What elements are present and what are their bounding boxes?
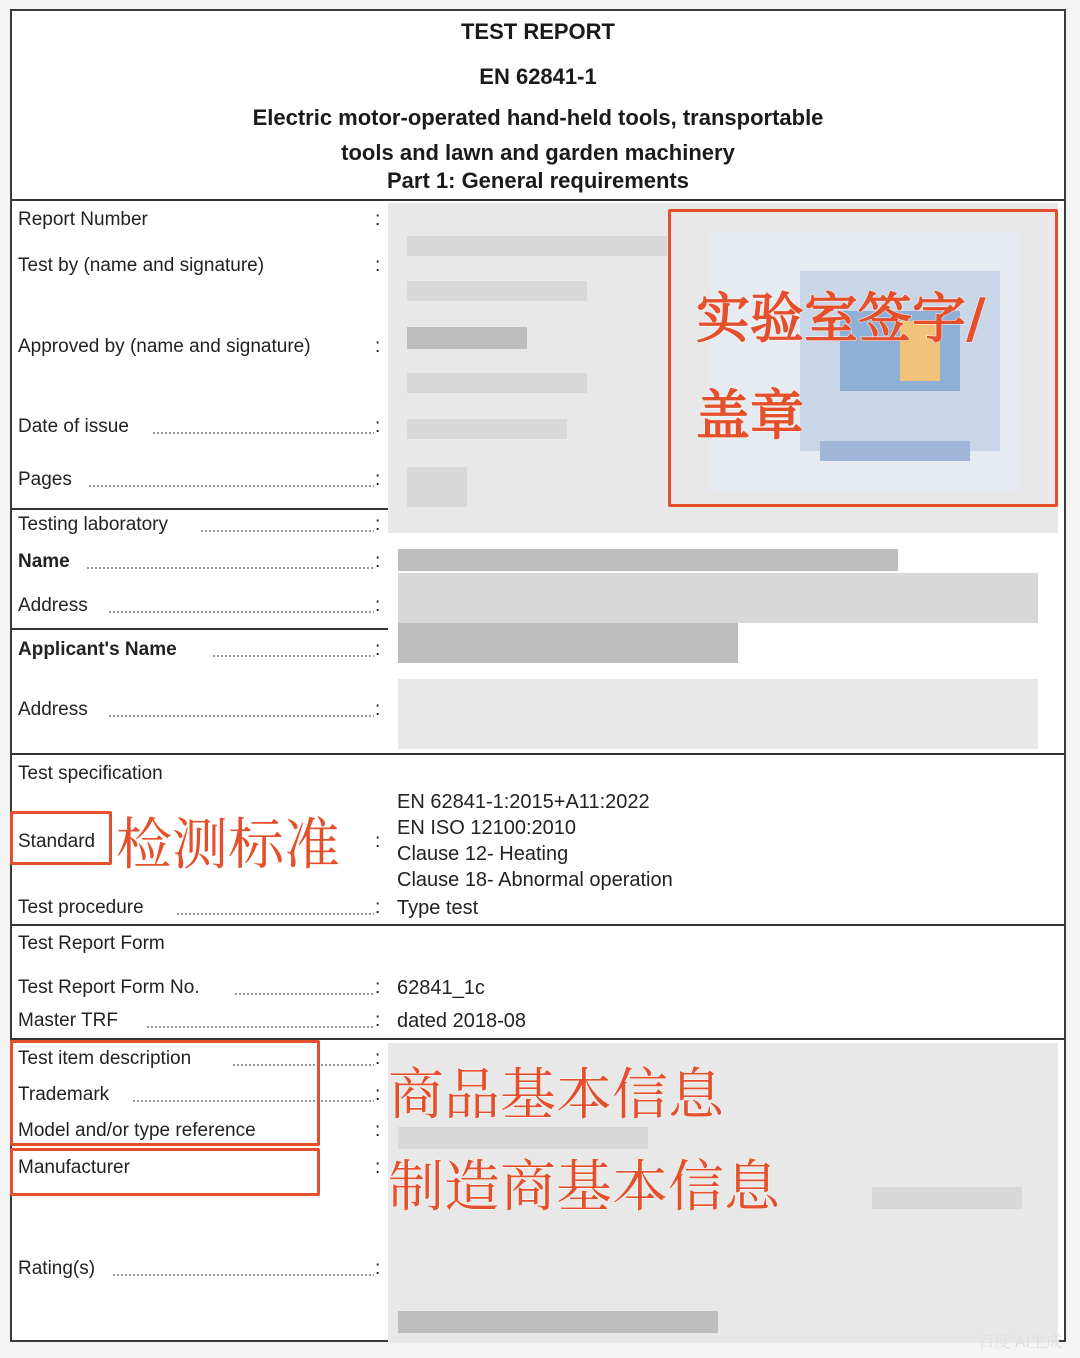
- redacted-area: [398, 1311, 718, 1333]
- leader-dots: [200, 530, 374, 532]
- divider: [12, 753, 1064, 755]
- colon: :: [375, 209, 380, 231]
- redacted-area: [407, 419, 567, 439]
- signature-annotation-box: [668, 209, 1058, 507]
- colon: :: [375, 699, 380, 721]
- master-trf-value: dated 2018-08: [397, 1010, 526, 1033]
- colon: :: [375, 977, 380, 999]
- report-subtitle-2: tools and lawn and garden machinery: [12, 140, 1064, 166]
- date-of-issue-label: Date of issue: [18, 416, 129, 438]
- leader-dots: [152, 432, 374, 434]
- test-procedure-label: Test procedure: [18, 897, 144, 919]
- colon: :: [375, 416, 380, 438]
- colon: :: [375, 551, 380, 573]
- report-header: TEST REPORT EN 62841-1 Electric motor-op…: [12, 11, 1064, 201]
- approved-by-label: Approved by (name and signature): [18, 336, 311, 358]
- colon: :: [375, 897, 380, 919]
- standard-value: EN 62841-1:2015+A11:2022: [397, 791, 650, 814]
- redacted-area: [398, 549, 898, 571]
- leader-dots: [108, 611, 374, 613]
- colon: :: [375, 514, 380, 536]
- leader-dots: [212, 655, 374, 657]
- colon: :: [375, 469, 380, 491]
- colon: :: [375, 1084, 380, 1106]
- test-by-label: Test by (name and signature): [18, 255, 264, 277]
- watermark: 百度 AI生成: [978, 1329, 1062, 1352]
- report-title: TEST REPORT: [12, 19, 1064, 45]
- colon: :: [375, 1157, 380, 1179]
- standard-value: Clause 18- Abnormal operation: [397, 869, 673, 892]
- standard-value: Clause 12- Heating: [397, 843, 568, 866]
- signature-annotation-label-2: 盖章: [696, 373, 804, 450]
- divider: [12, 924, 1064, 926]
- colon: :: [375, 1048, 380, 1070]
- colon: :: [375, 831, 380, 853]
- redacted-area: [407, 281, 587, 301]
- colon: :: [375, 1010, 380, 1032]
- manufacturer-annotation-label: 制造商基本信息: [388, 1143, 780, 1223]
- test-report-page: TEST REPORT EN 62841-1 Electric motor-op…: [10, 9, 1066, 1342]
- standard-annotation-box: [10, 811, 112, 865]
- test-specification-heading: Test specification: [18, 763, 163, 785]
- test-procedure-value: Type test: [397, 897, 478, 920]
- redacted-area: [398, 679, 1038, 749]
- lab-name-label: Name: [18, 551, 70, 573]
- divider: [12, 628, 388, 630]
- report-subtitle-3: Part 1: General requirements: [12, 168, 1064, 194]
- product-annotation-box: [10, 1040, 320, 1146]
- pages-label: Pages: [18, 469, 72, 491]
- leader-dots: [112, 1274, 374, 1276]
- ratings-label: Rating(s): [18, 1258, 95, 1280]
- redacted-area: [407, 327, 527, 349]
- redacted-area: [407, 236, 667, 256]
- leader-dots: [176, 913, 374, 915]
- report-standard: EN 62841-1: [12, 64, 1064, 90]
- applicant-name-label: Applicant's Name: [18, 639, 177, 661]
- leader-dots: [234, 993, 374, 995]
- standard-value: EN ISO 12100:2010: [397, 817, 576, 840]
- redacted-area: [398, 623, 738, 663]
- product-annotation-label: 商品基本信息: [388, 1051, 724, 1131]
- redacted-area: [407, 373, 587, 393]
- leader-dots: [86, 567, 374, 569]
- colon: :: [375, 336, 380, 358]
- standard-annotation-label: 检测标准: [116, 801, 340, 881]
- divider: [12, 508, 388, 510]
- trf-number-label: Test Report Form No.: [18, 977, 200, 999]
- leader-dots: [88, 485, 374, 487]
- redacted-area: [407, 467, 467, 507]
- colon: :: [375, 639, 380, 661]
- colon: :: [375, 255, 380, 277]
- leader-dots: [146, 1026, 374, 1028]
- lab-address-label: Address: [18, 595, 88, 617]
- leader-dots: [108, 715, 374, 717]
- colon: :: [375, 1120, 380, 1142]
- report-number-label: Report Number: [18, 209, 148, 231]
- testing-laboratory-label: Testing laboratory: [18, 514, 168, 536]
- redacted-area: [872, 1187, 1022, 1209]
- manufacturer-annotation-box: [10, 1148, 320, 1196]
- colon: :: [375, 1258, 380, 1280]
- master-trf-label: Master TRF: [18, 1010, 118, 1032]
- applicant-address-label: Address: [18, 699, 88, 721]
- trf-heading: Test Report Form: [18, 933, 165, 955]
- report-subtitle-1: Electric motor-operated hand-held tools,…: [12, 105, 1064, 131]
- colon: :: [375, 595, 380, 617]
- redacted-area: [398, 573, 1038, 623]
- signature-annotation-label: 实验室签字/: [696, 276, 986, 353]
- trf-number-value: 62841_1c: [397, 977, 485, 1000]
